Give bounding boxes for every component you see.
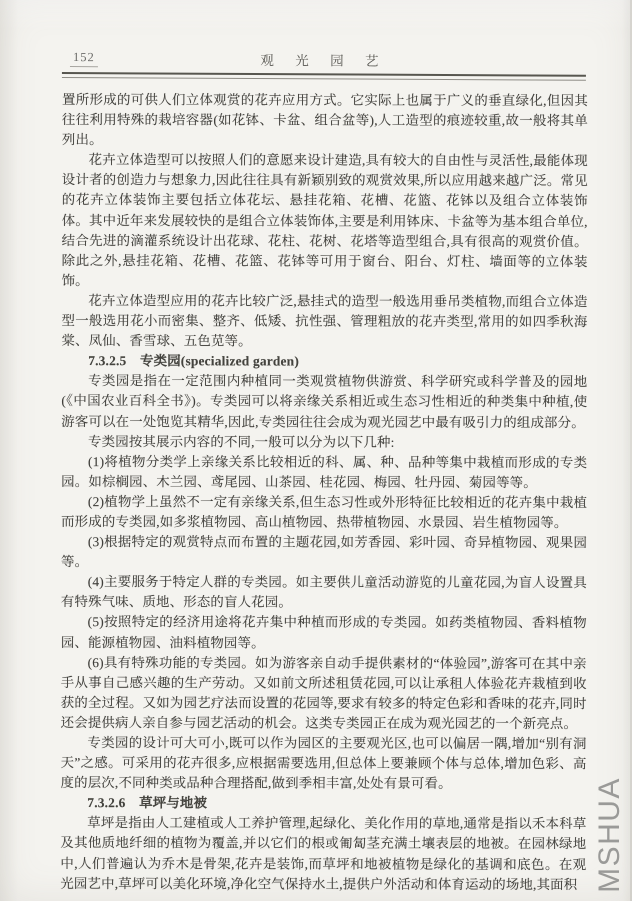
paragraph: (3)根据特定的观赏特点而布置的主题花园,如芳香园、彩叶园、奇异植物园、观果园等… [61, 532, 587, 573]
paragraph: (4)主要服务于特定人群的专类园。如主要供儿童活动游览的儿童花园,为盲人设置具有… [61, 572, 587, 613]
paragraph: 专类园按其展示内容的不同,一般可以分为以下几种: [61, 432, 587, 453]
section-heading: 7.3.2.6 草坪与地被 [60, 793, 586, 814]
scanned-book-page: 152 观 光 园 艺 置所形成的可供人们立体观赏的花卉应用方式。它实际上也属于… [0, 0, 632, 901]
paragraph: 花卉立体造型应用的花卉比较广泛,悬挂式的造型一般选用垂吊类植物,而组合立体造型一… [61, 291, 587, 352]
page-body: 置所形成的可供人们立体观赏的花卉应用方式。它实际上也属于广义的垂直绿化,但因其往… [60, 90, 588, 895]
paragraph: (5)按照特定的经济用途将花卉集中种植而形成的专类园。如药类植物园、香料植物园、… [61, 612, 587, 653]
watermark-text: MSHUA [593, 777, 627, 893]
paragraph: 置所形成的可供人们立体观赏的花卉应用方式。它实际上也属于广义的垂直绿化,但因其往… [62, 90, 588, 151]
paragraph: (6)具有特殊功能的专类园。如为游客亲自动手提供素材的“体验园”,游客可在其中亲… [61, 653, 587, 734]
section-heading: 7.3.2.5 专类园(specialized garden) [61, 351, 587, 372]
paragraph: 花卉立体造型可以按照人们的意愿来设计建造,具有较大的自由性与灵活性,最能体现设计… [62, 150, 588, 292]
running-title: 观 光 园 艺 [62, 48, 586, 75]
paragraph: (1)将植物分类学上亲缘关系比较相近的科、属、种、品种等集中栽植而形成的专类园。… [61, 452, 587, 493]
paragraph: (2)植物学上虽然不一定有亲缘关系,但生态习性或外形特征比较相近的花卉集中栽植而… [61, 492, 587, 533]
paragraph: 专类园的设计可大可小,既可以作为园区的主要观光区,也可以偏居一隅,增加“别有洞天… [61, 733, 587, 794]
watermark: MSHUA [588, 765, 632, 901]
page-number: 152 [70, 50, 98, 67]
page-header: 152 观 光 园 艺 [62, 48, 586, 81]
paragraph: 草坪是指由人工建植或人工养护管理,起绿化、美化作用的草地,通常是指以禾本科草及其… [60, 813, 586, 894]
paragraph: 专类园是指在一定范围内种植同一类观赏植物供游赏、科学研究或科学普及的园地(《中国… [61, 371, 587, 432]
